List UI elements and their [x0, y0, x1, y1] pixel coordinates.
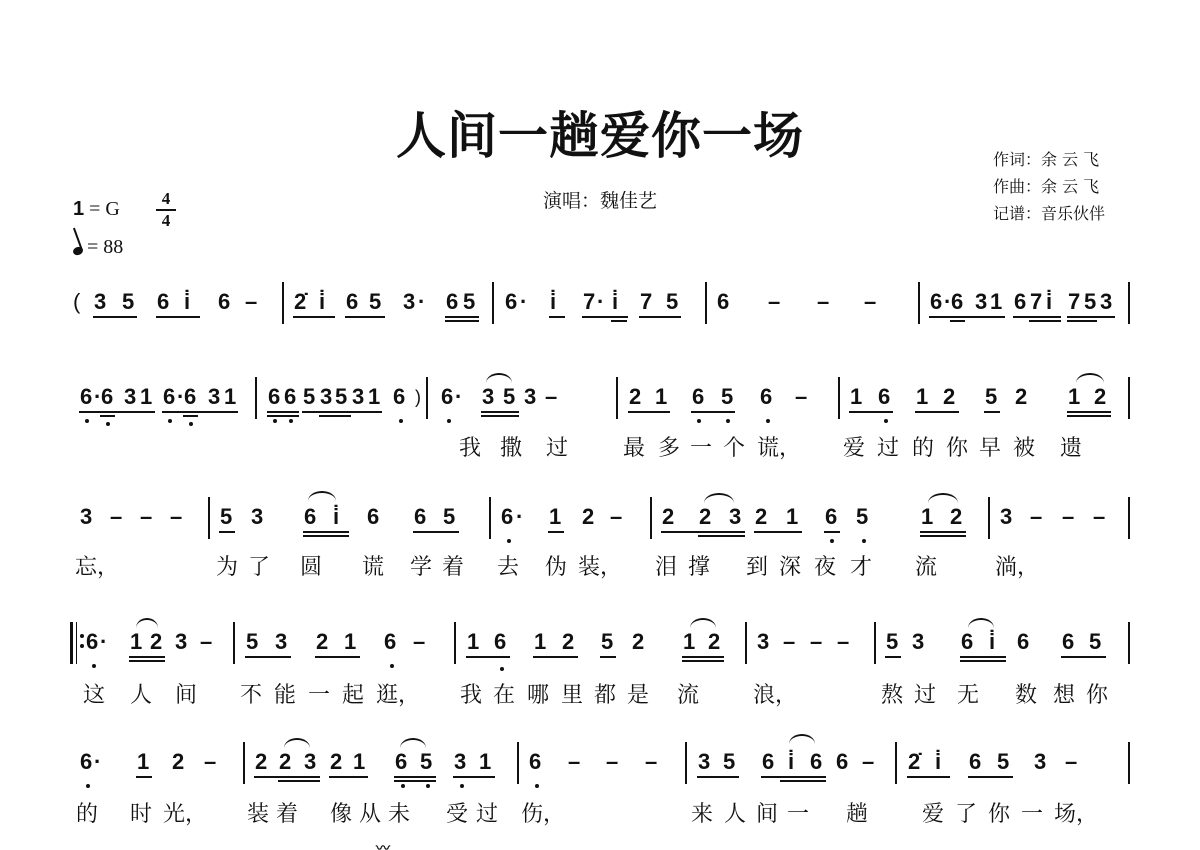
lyric-char: 爱: [843, 437, 865, 461]
note: 2̇: [908, 750, 920, 774]
note: 3: [320, 385, 332, 409]
note: 1: [1068, 385, 1080, 409]
note: 2̇: [294, 290, 306, 314]
note: 5: [721, 385, 733, 409]
lyric-char: 能: [274, 684, 296, 708]
barline: [426, 377, 428, 419]
lyric-char: 受: [446, 803, 468, 827]
lyric-char: 里: [561, 684, 583, 708]
note: 2: [150, 630, 162, 654]
lyric-char: 装: [247, 803, 269, 827]
lyric-char: 的: [912, 437, 934, 461]
barline: [208, 497, 210, 539]
lyric-char: 过: [877, 437, 899, 461]
note: 6: [163, 385, 175, 409]
dash: –: [606, 750, 618, 774]
dash: –: [245, 290, 257, 314]
note: i̇: [550, 290, 556, 314]
note: 2: [255, 750, 267, 774]
transcriber-credit: 记谱：音乐伙伴: [993, 200, 1105, 227]
lyric-char: 爱: [922, 803, 944, 827]
lyric-char: 熬: [881, 684, 903, 708]
dash: –: [864, 290, 876, 314]
lyric-char: 遗: [1060, 437, 1082, 461]
note: 6: [80, 385, 92, 409]
lyric-char: 时: [130, 803, 152, 827]
dash: –: [140, 505, 152, 529]
note: 1: [916, 385, 928, 409]
note: 6: [760, 385, 772, 409]
dot: ·: [516, 505, 523, 529]
barline: [650, 497, 652, 539]
note: 5: [601, 630, 613, 654]
lyric-char: 忘，: [75, 556, 119, 580]
lyric-char: 为: [216, 556, 238, 580]
note: 3: [482, 385, 494, 409]
lyric-char: 最: [623, 437, 645, 461]
note: 1: [850, 385, 862, 409]
note: 7: [1030, 290, 1042, 314]
tempo-marking: = 88: [73, 236, 123, 259]
note: 1: [140, 385, 152, 409]
note: 3: [975, 290, 987, 314]
note: 3: [80, 505, 92, 529]
dash: –: [862, 750, 874, 774]
barline: [1128, 377, 1130, 419]
lyric-char: 间: [756, 803, 778, 827]
dash: –: [795, 385, 807, 409]
lyric-char: 在: [493, 684, 515, 708]
note: 5: [666, 290, 678, 314]
note: 6: [825, 505, 837, 529]
note: 1: [137, 750, 149, 774]
lyric-char: 人: [724, 803, 746, 827]
note: 1: [130, 630, 142, 654]
note: 6: [505, 290, 517, 314]
dash: –: [545, 385, 557, 409]
dash: –: [783, 630, 795, 654]
barline: [874, 622, 876, 664]
barline: [838, 377, 840, 419]
lyric-char: 深: [779, 556, 801, 580]
lyric-char: 不: [240, 684, 262, 708]
lyric-char: 像: [330, 803, 352, 827]
note: 1: [655, 385, 667, 409]
lyric-char: 夜: [814, 556, 836, 580]
lyric-char: 间: [175, 684, 197, 708]
note: 2: [316, 630, 328, 654]
note: 3: [94, 290, 106, 314]
note: 2: [330, 750, 342, 774]
barline: [1128, 282, 1130, 324]
dash: –: [200, 630, 212, 654]
note: 6: [304, 505, 316, 529]
barline: [454, 622, 456, 664]
barline: [492, 282, 494, 324]
staff-row-1: ( 3 5 6 i̇ 6 – 2̇ i̇ 6 5 3 · 6 5 6 · i̇ …: [0, 290, 1200, 350]
barline: [918, 282, 920, 324]
lyric-char: 这: [83, 684, 105, 708]
note: 3: [251, 505, 263, 529]
lyric-char: 你: [1086, 684, 1108, 708]
lyric-char: 去: [497, 556, 519, 580]
note: 6: [284, 385, 296, 409]
barline: [517, 742, 519, 784]
barline: [705, 282, 707, 324]
note: 6: [717, 290, 729, 314]
note: 2: [708, 630, 720, 654]
lyric-char: 撑: [688, 556, 710, 580]
note: 7: [1068, 290, 1080, 314]
note: 5: [723, 750, 735, 774]
barline: [1128, 742, 1130, 784]
note: 5: [303, 385, 315, 409]
barline: [243, 742, 245, 784]
dash: –: [1065, 750, 1077, 774]
note: 2: [755, 505, 767, 529]
dash: –: [837, 630, 849, 654]
lyric-char: 了: [248, 556, 270, 580]
note: 1: [534, 630, 546, 654]
note: 5: [246, 630, 258, 654]
note: 1: [368, 385, 380, 409]
note: 3: [208, 385, 220, 409]
note: 5: [335, 385, 347, 409]
note: 5: [1089, 630, 1101, 654]
note: 6: [367, 505, 379, 529]
note: 1: [467, 630, 479, 654]
barline: [895, 742, 897, 784]
dash: –: [170, 505, 182, 529]
note: 3: [175, 630, 187, 654]
lyric-char: 早: [979, 437, 1001, 461]
lyric-char: 着: [276, 803, 298, 827]
note: 5: [856, 505, 868, 529]
lyric-char: 流: [677, 684, 699, 708]
dash: –: [810, 630, 822, 654]
barline: [1128, 497, 1130, 539]
barline: [745, 622, 747, 664]
lyric-char: 圆: [300, 556, 322, 580]
note: i̇: [788, 750, 794, 774]
note: 6: [969, 750, 981, 774]
lyric-char: 才: [850, 556, 872, 580]
dash: –: [645, 750, 657, 774]
dot: ·: [455, 385, 462, 409]
lyric-char: 着: [442, 556, 464, 580]
note: 6: [930, 290, 942, 314]
note: 6: [86, 630, 98, 654]
lyric-char: 我: [460, 684, 482, 708]
note: i̇: [319, 290, 325, 314]
dot: ·: [597, 290, 604, 314]
time-sig-top: 4: [156, 190, 176, 208]
lyric-char: 想: [1053, 684, 1075, 708]
lyric-char: 过: [914, 684, 936, 708]
note: 1: [990, 290, 1002, 314]
lyric-char: 你: [946, 437, 968, 461]
dot: ·: [520, 290, 527, 314]
note: 1: [683, 630, 695, 654]
lyric-char: 装，: [578, 556, 622, 580]
note: 6: [346, 290, 358, 314]
note: 6: [961, 630, 973, 654]
note: 5: [1084, 290, 1096, 314]
note: 2: [950, 505, 962, 529]
dash: –: [1093, 505, 1105, 529]
note: 1: [224, 385, 236, 409]
dash: –: [817, 290, 829, 314]
note: 3: [454, 750, 466, 774]
barline: [988, 497, 990, 539]
lyric-char: 伤，: [521, 803, 565, 827]
note: 6: [393, 385, 405, 409]
note: i̇: [989, 630, 995, 654]
lyric-char: 都: [594, 684, 616, 708]
lyric-char: 一: [690, 437, 712, 461]
note: 1: [344, 630, 356, 654]
note: 3: [352, 385, 364, 409]
barline: [282, 282, 284, 324]
dash: –: [110, 505, 122, 529]
dash: –: [768, 290, 780, 314]
note: 2: [279, 750, 291, 774]
lyric-char: 趟: [846, 803, 868, 827]
note: 6: [762, 750, 774, 774]
note: 1: [353, 750, 365, 774]
key-signature: 1 = G: [73, 198, 120, 221]
lyric-char: 泪: [655, 556, 677, 580]
staff-row-2: 6 · 6 3 1 6 · 6 3 1 6 6 5 3 5 3 1 6 ) 6 …: [0, 385, 1200, 445]
lyric-char: 未: [388, 803, 410, 827]
lyric-char: 我: [459, 437, 481, 461]
barline: [685, 742, 687, 784]
note: 3: [1034, 750, 1046, 774]
dash: –: [204, 750, 216, 774]
lyric-char: 起: [342, 684, 364, 708]
note: 2: [699, 505, 711, 529]
note: 6: [810, 750, 822, 774]
note: 3: [1000, 505, 1012, 529]
lyric-char: 数: [1015, 684, 1037, 708]
note: 6: [446, 290, 458, 314]
lyricist-credit: 作词：余 云 飞: [993, 146, 1105, 173]
credits-block: 作词：余 云 飞 作曲：余 云 飞 记谱：音乐伙伴: [993, 146, 1105, 227]
note: 7: [640, 290, 652, 314]
lyric-char: 过: [546, 437, 568, 461]
lyric-char: 淌，: [995, 556, 1039, 580]
note: 3: [1100, 290, 1112, 314]
composer-credit: 作曲：余 云 飞: [993, 173, 1105, 200]
dash: –: [1030, 505, 1042, 529]
barline: [255, 377, 257, 419]
lyric-char: 个: [723, 437, 745, 461]
note: 1: [479, 750, 491, 774]
note: 5: [997, 750, 1009, 774]
note: 5: [420, 750, 432, 774]
note: 6: [384, 630, 396, 654]
lyric-char: 谎: [362, 556, 384, 580]
note: 6: [80, 750, 92, 774]
note: 3: [403, 290, 415, 314]
note: 5: [443, 505, 455, 529]
lyric-char: 的: [76, 803, 98, 827]
barline: [233, 622, 235, 664]
close-paren: ): [415, 385, 421, 409]
lyric-char: 浪，: [753, 684, 797, 708]
dash: –: [1062, 505, 1074, 529]
note: 2: [943, 385, 955, 409]
note: i̇: [612, 290, 618, 314]
barline: [489, 497, 491, 539]
lyric-char: 一: [308, 684, 330, 708]
lyric-char: 来: [691, 803, 713, 827]
barline: [1128, 622, 1130, 664]
note: 1: [549, 505, 561, 529]
note: 6: [1014, 290, 1026, 314]
note: 6: [529, 750, 541, 774]
note: 6: [836, 750, 848, 774]
lyric-char: 人: [130, 684, 152, 708]
note: i̇: [333, 505, 339, 529]
dash: –: [568, 750, 580, 774]
note: 2: [632, 630, 644, 654]
note: 5: [220, 505, 232, 529]
note: 6: [184, 385, 196, 409]
open-paren: (: [73, 290, 80, 314]
dot: ·: [418, 290, 425, 314]
staff-row-4: 6 · 1 2 3 – 5 3 2 1 6 – 1 6 1 2 5 2 1 2 …: [0, 630, 1200, 690]
note: 5: [122, 290, 134, 314]
lyric-char: 被: [1013, 437, 1035, 461]
note: 7: [583, 290, 595, 314]
note: 1: [921, 505, 933, 529]
key-value: = G: [84, 198, 120, 220]
lyric-char: 了: [955, 803, 977, 827]
dash: –: [413, 630, 425, 654]
note: 1: [786, 505, 798, 529]
time-signature: 4 4: [156, 190, 176, 230]
note: i̇: [935, 750, 941, 774]
note: 2: [629, 385, 641, 409]
time-sig-bottom: 4: [156, 212, 176, 230]
quarter-note-icon: [72, 246, 84, 257]
note: 3: [304, 750, 316, 774]
note: 6: [218, 290, 230, 314]
note: 6: [501, 505, 513, 529]
note: 6: [1017, 630, 1029, 654]
note: 5: [985, 385, 997, 409]
note: 6: [101, 385, 113, 409]
note: 6: [441, 385, 453, 409]
lyric-char: 光，: [163, 803, 207, 827]
note: 6: [414, 505, 426, 529]
note: 6: [494, 630, 506, 654]
note: 2: [1094, 385, 1106, 409]
lyric-char: 哪: [527, 684, 549, 708]
lyric-char: 无: [957, 684, 979, 708]
lyric-char: 一: [787, 803, 809, 827]
note: 3: [698, 750, 710, 774]
note: 3: [757, 630, 769, 654]
staff-row-3: 3 – – – 5 3 6 i̇ 6 6 5 6 · 1 2 – 2 2 3 2…: [0, 505, 1200, 565]
staff-row-5: 6 · 1 2 – 2 2 3 2 1 6 5 3 1 6 – – – 3 5 …: [0, 750, 1200, 810]
lyric-char: 你: [988, 803, 1010, 827]
note: 3: [275, 630, 287, 654]
note: 6: [268, 385, 280, 409]
lyric-char: 逛，: [376, 684, 420, 708]
lyric-char: 过: [476, 803, 498, 827]
lyric-char: 谎，: [757, 437, 801, 461]
barline: [616, 377, 618, 419]
note: 5: [503, 385, 515, 409]
lyric-char: 从: [359, 803, 381, 827]
note: 2: [582, 505, 594, 529]
lyric-char: 学: [410, 556, 432, 580]
note: 6: [692, 385, 704, 409]
note: 6: [1062, 630, 1074, 654]
lyric-char: 撒: [500, 437, 522, 461]
lyric-char: 是: [627, 684, 649, 708]
note: i̇: [1046, 290, 1052, 314]
lyric-char: 到: [746, 556, 768, 580]
tempo-value: = 88: [87, 236, 123, 258]
note: 6: [395, 750, 407, 774]
note: 3: [912, 630, 924, 654]
note: 2: [562, 630, 574, 654]
lyric-char: 场，: [1054, 803, 1098, 827]
lyric-char: 一: [1021, 803, 1043, 827]
lyric-char: 伪: [545, 556, 567, 580]
note: 2: [172, 750, 184, 774]
dash: –: [610, 505, 622, 529]
note: 2: [1015, 385, 1027, 409]
note: 2: [662, 505, 674, 529]
lyric-char: 流: [915, 556, 937, 580]
note: 5: [369, 290, 381, 314]
note: 6: [951, 290, 963, 314]
note: 3: [124, 385, 136, 409]
note: 6: [157, 290, 169, 314]
note: 3: [729, 505, 741, 529]
dot: ·: [94, 750, 101, 774]
note: 5: [886, 630, 898, 654]
key-tonic: 1: [73, 198, 84, 220]
note: i̇: [184, 290, 190, 314]
ornament-mordent-icon: 〰: [376, 838, 390, 850]
lyric-char: 多: [658, 437, 680, 461]
note: 3: [524, 385, 536, 409]
dot: ·: [100, 630, 107, 654]
repeat-start-barline: [70, 622, 73, 664]
note: 6: [878, 385, 890, 409]
note: 5: [463, 290, 475, 314]
